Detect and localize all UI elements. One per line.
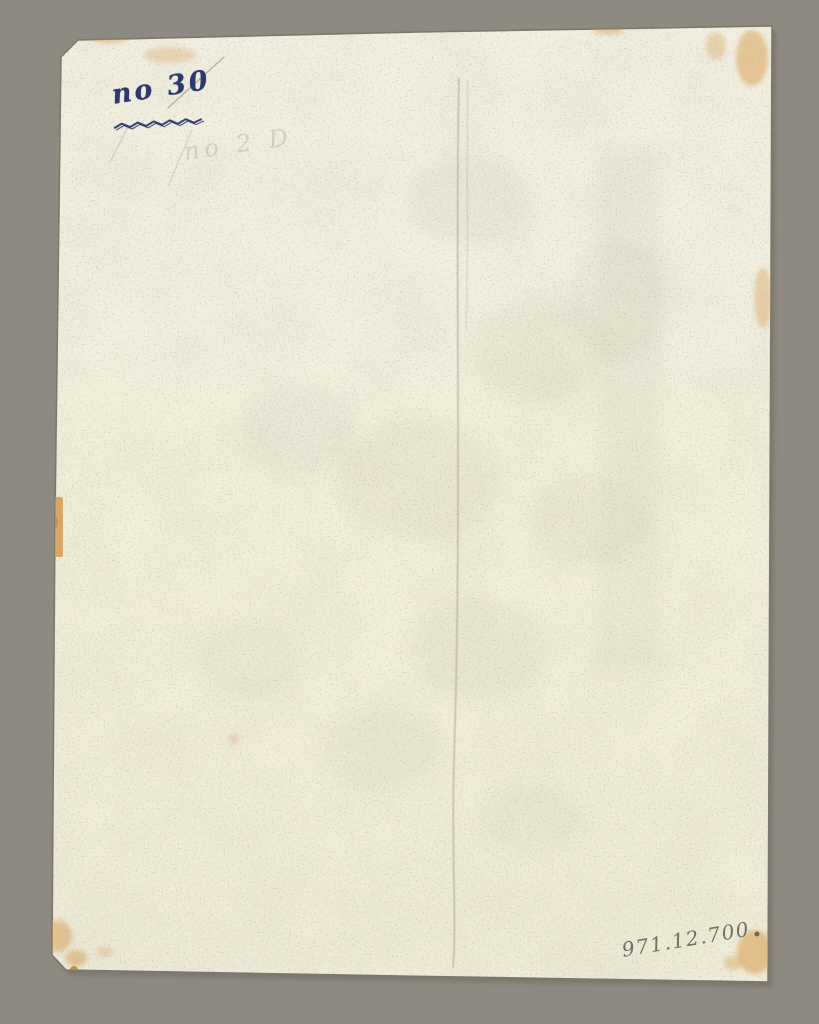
stain-top-center bbox=[593, 24, 623, 34]
stain-bottom-right-a bbox=[737, 930, 773, 974]
tape-residue-texture bbox=[50, 515, 58, 529]
speck-bottom-right bbox=[755, 932, 760, 937]
stain-bottom-left-a bbox=[44, 920, 72, 952]
stain-right-edge bbox=[754, 268, 772, 328]
stain-pink-dot bbox=[229, 734, 239, 744]
stain-bottom-left-c bbox=[97, 947, 113, 957]
paper-sheet-graphic bbox=[0, 0, 819, 1024]
stain-bottom-right-b bbox=[724, 956, 742, 970]
stain-top-right-corner bbox=[736, 30, 768, 86]
stain-bottom-left-b bbox=[65, 950, 87, 966]
stain-top-smudge bbox=[144, 47, 196, 63]
stain-top-left-edge bbox=[90, 29, 130, 43]
stain-top-right-inner bbox=[706, 32, 726, 60]
scan-background: no 30 no 2 D 971.12.700 bbox=[0, 0, 819, 1024]
